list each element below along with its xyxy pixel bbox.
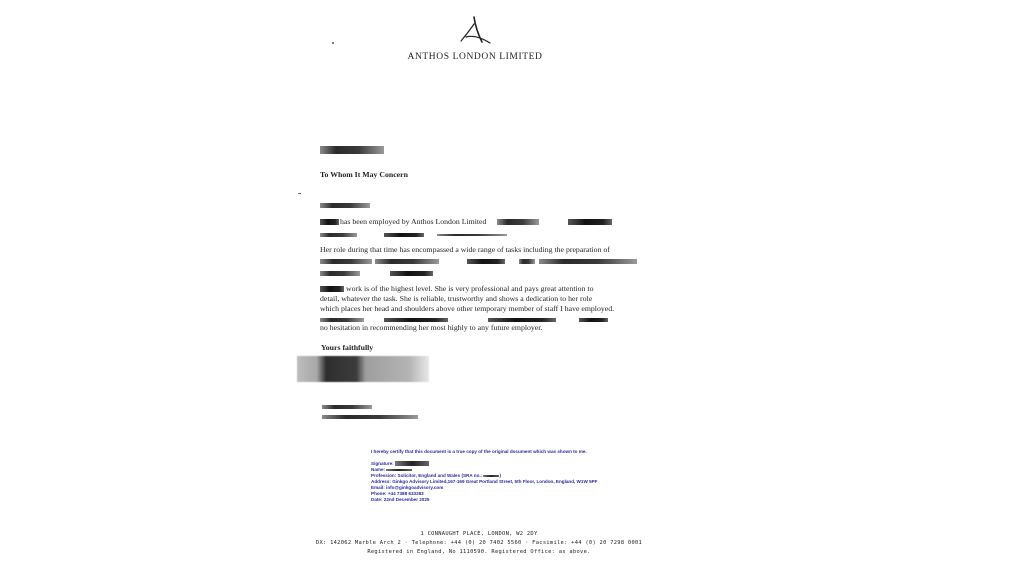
redacted-subject xyxy=(320,203,370,208)
redacted-text xyxy=(390,271,433,276)
redacted-text xyxy=(488,318,556,322)
redacted-text xyxy=(320,271,360,276)
profession-text: Profession: Solicitor, England and Wales… xyxy=(371,473,482,478)
closing: Yours faithfully xyxy=(321,343,373,353)
redacted-text xyxy=(519,259,535,264)
footer-contact: DX: 142062 Marble Arch 2 · Telephone: +4… xyxy=(296,540,662,546)
signature-label: Signature: xyxy=(371,461,394,466)
certification-statement: I hereby certify that this document is a… xyxy=(371,449,587,455)
redacted-signature xyxy=(297,356,429,382)
footer-address: 1 CONNAUGHT PLACE, LONDON, W2 2DY xyxy=(296,531,662,537)
redacted-text xyxy=(384,233,424,237)
redacted-text xyxy=(320,233,357,237)
redacted-text xyxy=(497,219,539,225)
redacted-text xyxy=(320,259,372,264)
certification-date: Date: 22nd December 2025 xyxy=(371,497,429,503)
redacted-text xyxy=(384,318,448,322)
paragraph-3-line-3: which places her head and shoulders abov… xyxy=(320,304,614,314)
redacted-text xyxy=(437,234,507,236)
redacted-text xyxy=(568,219,612,225)
redacted-cert-name xyxy=(386,469,412,471)
redacted-text xyxy=(467,259,505,264)
redacted-cert-signature xyxy=(395,461,429,466)
anthos-triangle-logo-icon xyxy=(458,16,492,46)
scan-speck xyxy=(298,193,301,194)
redacted-date xyxy=(320,146,384,154)
paragraph-3-line-5: no hesitation in recommending her most h… xyxy=(320,323,542,333)
paragraph-1: has been employed by Anthos London Limit… xyxy=(340,217,486,227)
company-name: ANTHOS LONDON LIMITED xyxy=(380,52,570,62)
redacted-text xyxy=(579,318,608,322)
scan-speck xyxy=(332,42,334,44)
redacted-name xyxy=(320,219,339,225)
redacted-signatory-title xyxy=(322,415,418,419)
redacted-text xyxy=(375,259,439,264)
redacted-text xyxy=(320,318,364,322)
redacted-name xyxy=(320,286,344,292)
redacted-signatory-name xyxy=(322,405,372,409)
paragraph-3-line-2: detail, whatever the task. She is reliab… xyxy=(320,294,592,304)
name-label: Name: xyxy=(371,467,385,472)
salutation: To Whom It May Concern xyxy=(320,170,408,180)
redacted-sra-number xyxy=(483,475,499,477)
footer-registration: Registered in England, No 1110590. Regis… xyxy=(296,549,662,555)
redacted-text xyxy=(539,259,637,264)
profession-end: ) xyxy=(499,473,501,478)
paragraph-3-line-1: work is of the highest level. She is ver… xyxy=(346,284,594,294)
paragraph-2-line-1: Her role during that time has encompasse… xyxy=(320,245,610,255)
